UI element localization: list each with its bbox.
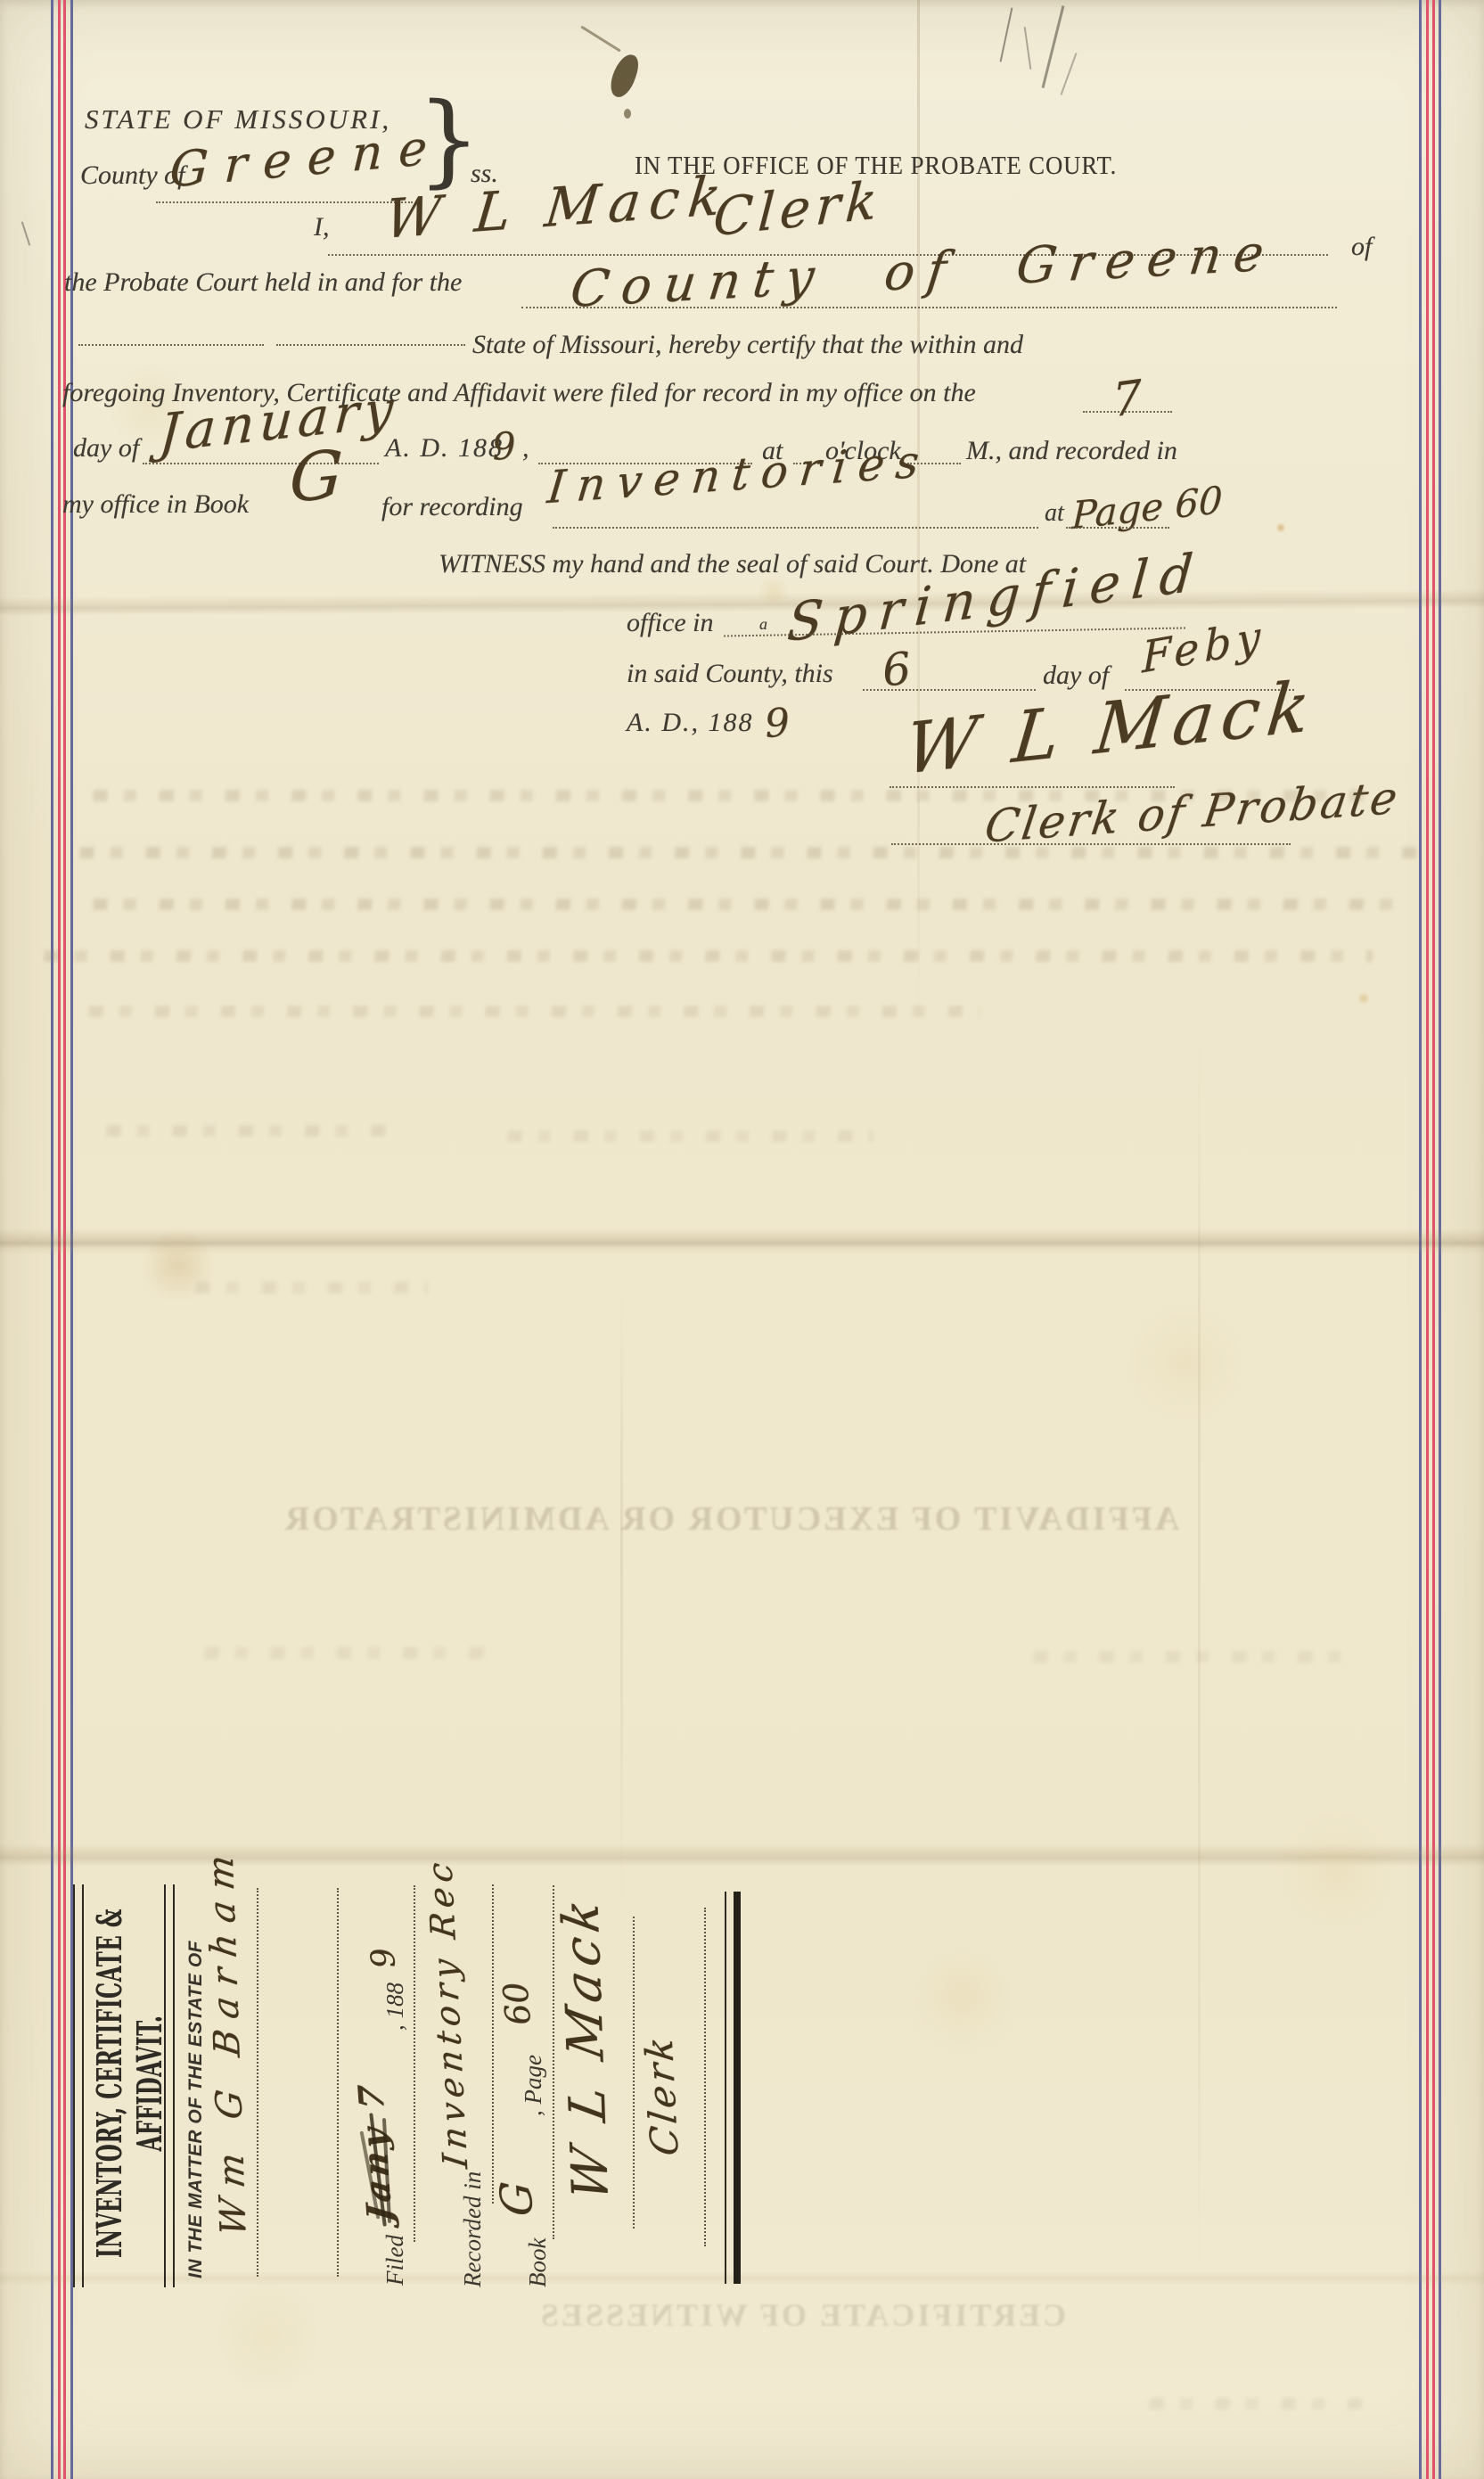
pen-mark-1 bbox=[1000, 7, 1013, 62]
year-digit-handwritten: 9 bbox=[491, 423, 517, 468]
docket-page-value: 60 bbox=[496, 1981, 538, 2027]
year2-digit-handwritten: 9 bbox=[763, 700, 791, 747]
bleedthrough-scribble-4 bbox=[36, 950, 1373, 962]
comma-after-year: , bbox=[522, 433, 529, 464]
said-county-label: in said County, this bbox=[627, 659, 833, 689]
ink-blot bbox=[607, 51, 642, 100]
recording-type-handwritten: Inventories bbox=[545, 435, 932, 514]
month2-handwritten: Feby bbox=[1142, 611, 1266, 683]
ad-label: A. D. 188 bbox=[385, 433, 504, 464]
i-label: I, bbox=[314, 212, 330, 242]
docket-recorded-label: Recorded in bbox=[459, 2171, 487, 2287]
docket-clerk-word: Clerk bbox=[636, 2032, 687, 2158]
probate-certificate-page: STATE OF MISSOURI, County of Greene } ss… bbox=[0, 0, 1484, 2479]
bleedthrough-scribble-5 bbox=[80, 1006, 980, 1017]
docket-blank-line bbox=[337, 1888, 339, 2277]
pen-mark-4 bbox=[1061, 53, 1078, 95]
bleedthrough-scribble-11 bbox=[1141, 2398, 1373, 2409]
office-a-mark: a bbox=[759, 615, 767, 634]
bleedthrough-scribble-9 bbox=[196, 1647, 499, 1659]
docket-signature: W L Mack bbox=[552, 1890, 620, 2205]
docket-panel: INVENTORY, CERTIFICATE & AFFIDAVIT. IN T… bbox=[53, 1876, 758, 2291]
docket-book-label: Book bbox=[524, 2238, 552, 2287]
bleedthrough-scribble-1 bbox=[85, 790, 1368, 801]
pen-mark-3 bbox=[1042, 5, 1064, 88]
docket-filed-year-print: , 188 bbox=[381, 1982, 409, 2031]
for-recording-label: for recording bbox=[381, 492, 523, 522]
page-fill-line bbox=[1066, 527, 1169, 529]
day-number-handwritten: 7 bbox=[1111, 371, 1143, 429]
bleedthrough-scribble-6 bbox=[98, 1125, 392, 1137]
docket-clerk-line bbox=[704, 1908, 706, 2246]
docket-bottom-thin-rule bbox=[725, 1892, 726, 2284]
bleedthrough-scribble-2 bbox=[71, 847, 1426, 858]
certify-line: State of Missouri, hereby certify that t… bbox=[472, 330, 1023, 360]
docket-signature-line bbox=[633, 1917, 635, 2229]
docket-name-line bbox=[257, 1888, 258, 2277]
bleedthrough-scribble-7 bbox=[499, 1130, 873, 1142]
book-letter-handwritten: G bbox=[288, 436, 344, 518]
day-of-label: day of bbox=[73, 433, 139, 464]
pen-mark-margin bbox=[21, 221, 31, 245]
recording-fill-line bbox=[553, 527, 1038, 529]
blank-line-a bbox=[78, 344, 264, 346]
month-fill-line bbox=[143, 463, 379, 464]
held-line: the Probate Court held in and for the bbox=[64, 267, 462, 298]
title-fill-line bbox=[891, 843, 1291, 845]
bleedthrough-scribble-8 bbox=[187, 1282, 428, 1293]
this-day-fill-line bbox=[863, 689, 1036, 691]
docket-title: INVENTORY, CERTIFICATE & AFFIDAVIT. bbox=[89, 1877, 169, 2289]
docket-filed-label: Filed bbox=[381, 2235, 409, 2286]
day-of-label-2: day of bbox=[1043, 661, 1109, 691]
docket-filed-line bbox=[414, 1885, 415, 2242]
page-number-handwritten: Page 60 bbox=[1071, 478, 1224, 538]
bleedthrough-scribble-10 bbox=[1025, 1651, 1364, 1662]
docket-recorded-line bbox=[492, 1884, 494, 2204]
ad2-label: A. D., 188 bbox=[627, 708, 754, 738]
county-fill-line-2 bbox=[521, 307, 1337, 308]
bleedthrough-scribble-3 bbox=[85, 899, 1413, 910]
office-in-label: office in bbox=[627, 608, 713, 638]
of-word: of bbox=[1351, 232, 1372, 262]
bleedthrough-affidavit-heading: AFFIDAVIT OF EXECUTOR OR ADMINISTRATOR bbox=[183, 1499, 1279, 1539]
docket-bottom-thick-rule bbox=[734, 1892, 741, 2284]
fold-crease-vertical-2 bbox=[620, 1293, 623, 1917]
docket-recorded-value: Inventory Rec bbox=[420, 1855, 476, 2170]
at-page-label: at bbox=[1045, 499, 1064, 528]
docket-top-rule bbox=[73, 1884, 84, 2287]
fold-crease-2 bbox=[0, 1228, 1484, 1255]
docket-book-value: G bbox=[490, 2180, 543, 2218]
signature-fill-line bbox=[890, 786, 1175, 788]
county-fill-line bbox=[156, 201, 413, 203]
bleedthrough-witnesses-heading: CERTIFICATE OF WITNESSES bbox=[463, 2296, 1141, 2334]
docket-page-label: , Page bbox=[520, 2055, 547, 2116]
ink-blot-drop bbox=[624, 109, 631, 119]
ink-blot-tail bbox=[580, 25, 621, 52]
fold-crease-vertical-3 bbox=[1198, 1025, 1201, 2273]
blank-line-b bbox=[276, 344, 465, 346]
docket-mid-rule bbox=[164, 1884, 175, 2287]
docket-estate-name: Wm G Barham bbox=[200, 1842, 255, 2239]
county-of-handwritten: County of Greene bbox=[568, 224, 1280, 319]
book-line-label: my office in Book bbox=[62, 489, 249, 520]
clerk-signature: W L Mack bbox=[901, 666, 1320, 791]
pen-mark-2 bbox=[1024, 27, 1032, 70]
clerk-title-signature: Clerk of Probate bbox=[981, 771, 1403, 852]
m-recorded-label: M., and recorded in bbox=[966, 436, 1177, 466]
docket-filed-year-digit: 9 bbox=[365, 1946, 403, 1970]
docket-matter-label: IN THE MATTER OF THE ESTATE OF bbox=[185, 1941, 207, 2278]
